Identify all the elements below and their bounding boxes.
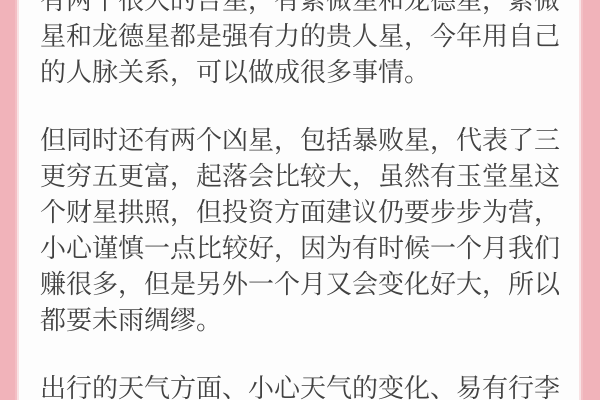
text-line: 都要未雨绸缪。 [40, 302, 560, 338]
text-line: 赚很多，但是另外一个月又会变化好大，所以 [40, 266, 560, 302]
left-border-strip [0, 0, 19, 400]
right-border-strip [579, 0, 600, 400]
article-panel: 有两个很大的吉星，有紫微星和龙德星，紫微 星和龙德星都是强有力的贵人星，今年用自… [19, 0, 579, 400]
text-line: 有两个很大的吉星，有紫微星和龙德星，紫微 [40, 0, 560, 18]
article-text: 有两个很大的吉星，有紫微星和龙德星，紫微 星和龙德星都是强有力的贵人星，今年用自… [40, 0, 560, 400]
text-line: 出行的天气方面、小心天气的变化、易有行李 [40, 370, 560, 400]
text-line: 但同时还有两个凶星，包括暴败星，代表了三 [40, 122, 560, 158]
text-line: 更穷五更富，起落会比较大，虽然有玉堂星这 [40, 158, 560, 194]
text-line: 小心谨慎一点比较好，因为有时候一个月我们 [40, 230, 560, 266]
paragraph-travel-weather: 出行的天气方面、小心天气的变化、易有行李 [40, 370, 560, 400]
paragraph-unlucky-stars: 但同时还有两个凶星，包括暴败星，代表了三 更穷五更富，起落会比较大，虽然有玉堂星… [40, 122, 560, 338]
text-line: 个财星拱照，但投资方面建议仍要步步为营， [40, 194, 560, 230]
text-line: 的人脉关系，可以做成很多事情。 [40, 54, 560, 90]
paragraph-fortune-lucky-stars: 有两个很大的吉星，有紫微星和龙德星，紫微 星和龙德星都是强有力的贵人星，今年用自… [40, 0, 560, 90]
article-page: 有两个很大的吉星，有紫微星和龙德星，紫微 星和龙德星都是强有力的贵人星，今年用自… [0, 0, 600, 400]
text-line: 星和龙德星都是强有力的贵人星，今年用自己 [40, 18, 560, 54]
